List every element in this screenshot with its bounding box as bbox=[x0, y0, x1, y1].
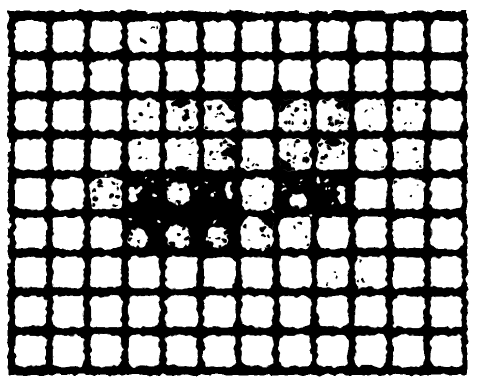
grid-cell bbox=[128, 335, 159, 366]
gutter-speck bbox=[151, 181, 153, 183]
grid-cell bbox=[393, 257, 424, 288]
grid-cell bbox=[166, 296, 197, 327]
grid-cell bbox=[317, 60, 348, 91]
damage-speck bbox=[322, 100, 326, 104]
grid-cell bbox=[317, 296, 348, 327]
damage-speck bbox=[261, 234, 265, 238]
grid-cell bbox=[393, 296, 424, 327]
damage-speck bbox=[342, 142, 345, 145]
grid-cell bbox=[242, 335, 273, 366]
grid-cell bbox=[166, 99, 197, 131]
damage-speck bbox=[380, 104, 382, 106]
damage-speck bbox=[223, 139, 228, 144]
damage-speck bbox=[288, 121, 291, 124]
grid-cell bbox=[317, 138, 348, 170]
grid-cell bbox=[242, 139, 273, 170]
grid-cell bbox=[242, 178, 273, 209]
damage-speck bbox=[414, 148, 417, 151]
damage-speck bbox=[292, 155, 296, 159]
grid-cell bbox=[202, 216, 237, 251]
damage-speck bbox=[380, 166, 382, 168]
gutter-speck bbox=[186, 242, 190, 246]
damage-speck bbox=[291, 122, 294, 125]
grid-cell bbox=[53, 21, 84, 52]
gutter-speck bbox=[282, 183, 284, 185]
grid-cell bbox=[204, 257, 235, 288]
grid-cell bbox=[393, 335, 424, 366]
grid-cell bbox=[317, 257, 348, 288]
grid-cell bbox=[280, 335, 311, 366]
grid-cell bbox=[53, 218, 84, 249]
grid-cell bbox=[164, 176, 199, 211]
damage-speck bbox=[287, 144, 289, 146]
border-dash bbox=[216, 10, 229, 13]
damage-speck bbox=[113, 203, 117, 207]
damage-speck bbox=[219, 141, 223, 145]
gutter-speck bbox=[310, 215, 313, 218]
damage-blackout bbox=[315, 176, 350, 211]
grid-cell bbox=[280, 257, 311, 288]
damage-speck bbox=[419, 165, 422, 168]
damage-speck bbox=[116, 187, 120, 191]
damage-speck bbox=[216, 150, 218, 152]
damage-speck bbox=[302, 157, 307, 162]
grid-cell bbox=[91, 218, 122, 249]
damage-speck bbox=[216, 113, 218, 115]
gutter-speck bbox=[334, 154, 337, 157]
damage-speck bbox=[368, 124, 370, 126]
damage-speck bbox=[339, 113, 341, 115]
damage-speck bbox=[326, 284, 328, 286]
damage-speck bbox=[304, 151, 306, 153]
grid-cell bbox=[317, 218, 348, 249]
damage-speck bbox=[303, 108, 307, 112]
damage-speck bbox=[192, 142, 194, 144]
grid-cell bbox=[280, 60, 311, 91]
grid-cell bbox=[278, 176, 313, 211]
damage-speck bbox=[227, 119, 231, 123]
grid-cell bbox=[280, 218, 311, 249]
damage-speck bbox=[362, 278, 365, 281]
grid-cell bbox=[355, 21, 386, 52]
damage-speck bbox=[327, 282, 329, 284]
grid-cell bbox=[15, 257, 46, 288]
damage-speck bbox=[173, 110, 175, 112]
damage-speck bbox=[373, 107, 375, 109]
grid-cell bbox=[53, 257, 84, 288]
damage-speck bbox=[91, 203, 95, 207]
grid-cell bbox=[166, 60, 197, 91]
damage-speck bbox=[181, 116, 186, 121]
grid-cell bbox=[317, 21, 348, 52]
grid-cell bbox=[431, 335, 462, 366]
damage-speck bbox=[243, 224, 247, 228]
gutter-speck bbox=[122, 229, 123, 230]
damage-speck bbox=[228, 166, 233, 171]
grid-cell bbox=[128, 257, 159, 288]
damage-speck bbox=[178, 144, 181, 147]
grid-cell bbox=[91, 60, 122, 91]
grid-cell bbox=[355, 178, 386, 209]
damage-speck bbox=[294, 106, 298, 110]
damage-speck bbox=[326, 146, 330, 150]
grid-cell bbox=[15, 60, 46, 91]
grid-cell bbox=[315, 176, 350, 211]
damage-speck bbox=[398, 107, 402, 111]
grid-cell bbox=[204, 296, 235, 327]
gutter-speck bbox=[324, 178, 328, 182]
damage-speck bbox=[405, 122, 407, 124]
damage-speck bbox=[416, 160, 418, 162]
gutter-speck bbox=[255, 187, 258, 190]
gutter-speck bbox=[196, 153, 199, 156]
grid-cell bbox=[166, 257, 197, 288]
border-dash bbox=[7, 260, 10, 264]
grid-cell bbox=[355, 100, 386, 131]
damage-speck bbox=[324, 154, 329, 159]
damage-speck bbox=[247, 157, 250, 160]
damage-speck bbox=[344, 117, 346, 119]
grid-cell bbox=[280, 100, 311, 131]
damage-speck bbox=[205, 125, 208, 128]
grid-cell bbox=[91, 296, 122, 327]
gutter-speck bbox=[261, 248, 266, 253]
damage-speck bbox=[338, 126, 340, 128]
damage-speck bbox=[333, 271, 336, 274]
grid-cell bbox=[128, 100, 159, 131]
damage-speck bbox=[219, 105, 222, 108]
damage-speck bbox=[302, 120, 307, 125]
damage-speck bbox=[256, 164, 258, 166]
damage-speck bbox=[225, 157, 227, 159]
grid-cell bbox=[166, 21, 197, 52]
damage-speck bbox=[219, 113, 221, 115]
damage-speck bbox=[245, 200, 249, 204]
grid-cell bbox=[15, 178, 46, 209]
grid-cell bbox=[393, 178, 424, 209]
micrograph-grid bbox=[0, 0, 479, 388]
micrograph-svg bbox=[0, 0, 479, 388]
damage-speck bbox=[262, 184, 265, 187]
damage-speck bbox=[293, 162, 296, 165]
damage-speck bbox=[150, 117, 153, 120]
damage-speck bbox=[116, 195, 120, 199]
damage-speck bbox=[397, 152, 399, 154]
damage-speck bbox=[307, 127, 309, 129]
damage-speck bbox=[155, 26, 158, 29]
damage-speck bbox=[93, 197, 98, 202]
damage-speck bbox=[263, 200, 266, 203]
border-dash bbox=[7, 56, 10, 65]
grid-cell bbox=[431, 178, 462, 209]
grid-cell bbox=[166, 335, 197, 366]
damage-speck bbox=[268, 243, 270, 245]
damage-wedge bbox=[175, 165, 189, 171]
damage-speck bbox=[247, 165, 250, 168]
grid-cell bbox=[128, 21, 159, 52]
border-dash bbox=[327, 10, 332, 13]
gutter-speck bbox=[136, 189, 140, 193]
grid-cell bbox=[355, 257, 386, 288]
damage-speck bbox=[328, 122, 331, 125]
damage-speck bbox=[365, 110, 367, 112]
gutter-speck bbox=[282, 188, 285, 191]
border-dash bbox=[7, 143, 10, 151]
damage-wedge bbox=[172, 99, 191, 107]
damage-speck bbox=[304, 235, 307, 238]
damage-speck bbox=[319, 142, 322, 145]
grid-cell bbox=[126, 216, 161, 251]
damage-remnant bbox=[290, 194, 307, 208]
damage-speck bbox=[410, 123, 412, 125]
damage-speck bbox=[320, 161, 322, 163]
grid-cell bbox=[280, 139, 311, 170]
damage-speck bbox=[302, 102, 307, 107]
grid-cell bbox=[166, 139, 197, 172]
grid-cell bbox=[355, 335, 386, 366]
damage-speck bbox=[112, 181, 116, 185]
grid-cell bbox=[431, 296, 462, 327]
grid-cell bbox=[204, 21, 235, 52]
damage-speck bbox=[249, 195, 251, 197]
grid-cell bbox=[431, 60, 462, 91]
grid-cell bbox=[242, 100, 273, 131]
damage-remnant bbox=[226, 182, 231, 199]
damage-speck bbox=[284, 121, 288, 125]
grid-cell bbox=[204, 60, 235, 91]
gutter-speck bbox=[105, 175, 107, 177]
grid-cell bbox=[91, 21, 122, 52]
gutter-speck bbox=[297, 224, 300, 227]
damage-speck bbox=[267, 235, 270, 238]
grid-cell bbox=[15, 100, 46, 131]
damage-speck bbox=[177, 127, 180, 130]
grid-cell bbox=[202, 176, 237, 211]
damage-speck bbox=[393, 181, 397, 185]
grid-cell bbox=[53, 178, 84, 209]
damage-speck bbox=[357, 280, 360, 283]
grid-cell bbox=[15, 139, 46, 170]
gutter-speck bbox=[214, 161, 216, 163]
damage-speck bbox=[252, 162, 255, 165]
grid-cell bbox=[242, 257, 273, 288]
grid-cell bbox=[204, 335, 235, 366]
border-dash bbox=[147, 10, 160, 13]
damage-speck bbox=[294, 140, 299, 145]
border-dash bbox=[252, 10, 265, 13]
grid-cell bbox=[242, 60, 273, 91]
grid-cell bbox=[91, 178, 122, 209]
damage-speck bbox=[307, 243, 310, 246]
grid-cell bbox=[431, 257, 462, 288]
damage-speck bbox=[147, 103, 151, 107]
grid-cell bbox=[204, 100, 235, 131]
damage-speck bbox=[289, 154, 291, 156]
grid-cell bbox=[126, 176, 161, 211]
grid-cell bbox=[393, 60, 424, 91]
damage-speck bbox=[375, 150, 377, 152]
damage-speck bbox=[410, 196, 412, 198]
damage-speck bbox=[184, 110, 186, 112]
grid-cell bbox=[280, 21, 311, 52]
damage-speck bbox=[382, 166, 384, 168]
border-dash bbox=[384, 10, 397, 13]
gutter-speck bbox=[332, 204, 334, 206]
damage-speck bbox=[222, 112, 225, 115]
grid-cell bbox=[15, 218, 46, 249]
damage-speck bbox=[136, 143, 138, 145]
grid-cell bbox=[91, 139, 122, 170]
gutter-speck bbox=[175, 203, 177, 205]
grid-cell bbox=[53, 296, 84, 327]
gutter-speck bbox=[343, 187, 346, 190]
damage-speck bbox=[328, 117, 333, 122]
border-dash bbox=[7, 237, 10, 245]
gutter-speck bbox=[282, 217, 285, 220]
damage-speck bbox=[287, 106, 290, 109]
damage-speck bbox=[334, 120, 339, 125]
damage-speck bbox=[294, 144, 296, 146]
damage-speck bbox=[139, 112, 142, 115]
damage-speck bbox=[261, 225, 265, 229]
grid-cell bbox=[91, 335, 122, 366]
grid-cell bbox=[242, 218, 273, 249]
gutter-speck bbox=[111, 140, 114, 143]
grid-cell bbox=[128, 139, 159, 170]
grid-cell bbox=[355, 139, 386, 170]
damage-speck bbox=[189, 125, 193, 129]
damage-speck bbox=[210, 152, 213, 155]
damage-speck bbox=[207, 105, 211, 109]
damage-speck bbox=[214, 157, 217, 160]
damage-speck bbox=[413, 102, 417, 106]
micrograph-figure bbox=[0, 0, 479, 388]
damage-speck bbox=[92, 190, 95, 193]
border-dash bbox=[298, 10, 310, 13]
grid-cell bbox=[317, 100, 348, 131]
damage-speck bbox=[98, 184, 102, 188]
damage-speck bbox=[215, 116, 217, 118]
damage-speck bbox=[293, 226, 297, 230]
damage-speck bbox=[188, 154, 191, 157]
grid-cell bbox=[431, 139, 462, 170]
damage-speck bbox=[96, 179, 101, 184]
grid-cell bbox=[91, 257, 122, 288]
grid-cell bbox=[355, 60, 386, 91]
grid-cell bbox=[53, 335, 84, 366]
damage-speck bbox=[151, 26, 153, 28]
gutter-speck bbox=[147, 159, 149, 161]
grid-cell bbox=[15, 21, 46, 52]
grid-cell bbox=[204, 139, 235, 170]
gutter-speck bbox=[195, 167, 198, 170]
grid-cell bbox=[91, 100, 122, 131]
grid-cell bbox=[128, 60, 159, 91]
grid-cell bbox=[242, 296, 273, 327]
grid-field-group bbox=[7, 10, 467, 375]
damage-wedge bbox=[324, 138, 343, 146]
damage-speck bbox=[208, 163, 211, 166]
damage-speck bbox=[133, 119, 136, 122]
grid-cell bbox=[393, 139, 424, 170]
grid-cell bbox=[164, 216, 199, 251]
grid-cell bbox=[15, 296, 46, 327]
damage-speck bbox=[194, 112, 196, 114]
border-dash bbox=[7, 162, 10, 167]
grid-cell bbox=[280, 296, 311, 327]
damage-speck bbox=[339, 121, 344, 126]
damage-speck bbox=[338, 155, 340, 157]
damage-speck bbox=[110, 195, 114, 199]
damage-speck bbox=[141, 39, 144, 42]
grid-cell bbox=[355, 296, 386, 327]
grid-cell bbox=[317, 335, 348, 366]
grid-cell bbox=[431, 100, 462, 131]
damage-speck bbox=[417, 184, 419, 186]
grid-cell bbox=[393, 100, 424, 131]
grid-cell bbox=[15, 335, 46, 366]
damage-speck bbox=[291, 113, 294, 116]
grid-cell bbox=[53, 139, 84, 170]
damage-speck bbox=[139, 156, 142, 159]
gutter-speck bbox=[248, 240, 252, 244]
border-dash bbox=[7, 222, 10, 228]
grid-cell bbox=[128, 296, 159, 327]
grid-cell bbox=[355, 218, 386, 249]
damage-remnant bbox=[128, 187, 137, 202]
gutter-speck bbox=[140, 241, 144, 245]
damage-speck bbox=[335, 277, 338, 280]
grid-cell bbox=[393, 21, 424, 52]
grid-cell bbox=[53, 60, 84, 91]
grid-cell bbox=[242, 21, 273, 52]
damage-speck bbox=[341, 151, 344, 154]
gutter-speck bbox=[272, 211, 274, 213]
grid-cell bbox=[431, 218, 462, 249]
grid-cell bbox=[393, 218, 424, 249]
grid-cell bbox=[431, 21, 462, 52]
damage-speck bbox=[117, 183, 119, 185]
damage-speck bbox=[359, 259, 362, 262]
grid-cell bbox=[53, 100, 84, 131]
